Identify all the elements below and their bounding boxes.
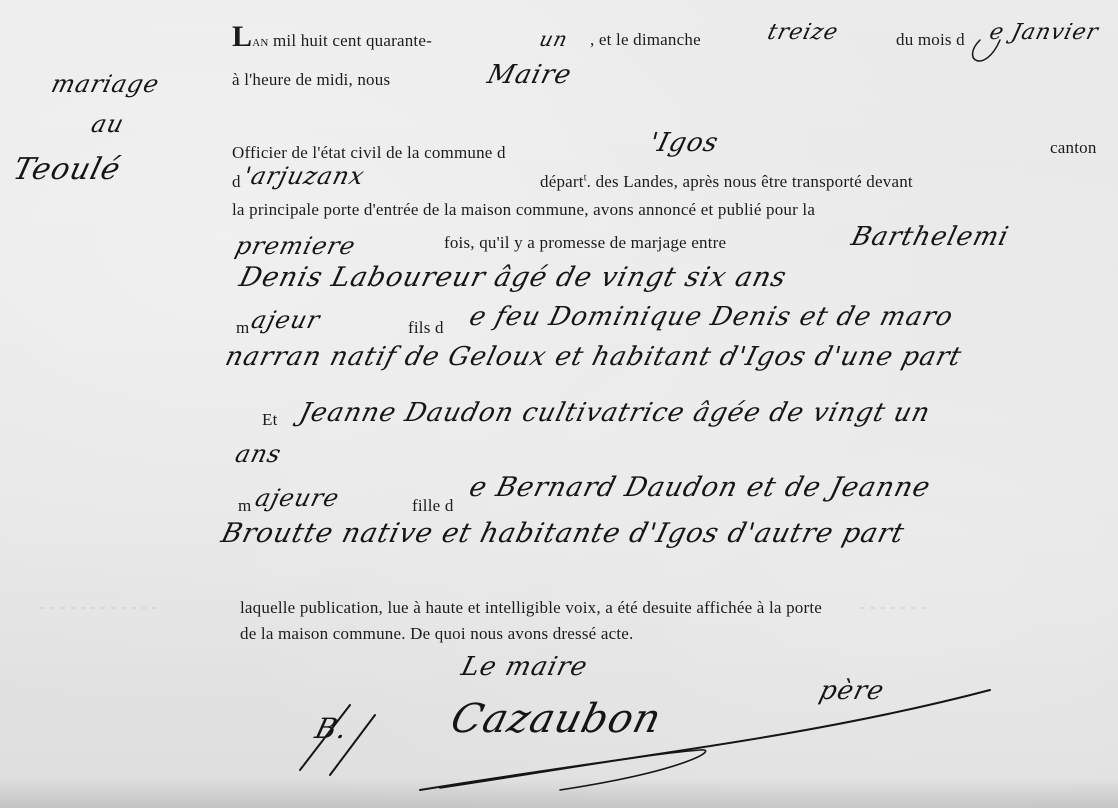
signature-flourish-icon [0, 0, 1118, 808]
